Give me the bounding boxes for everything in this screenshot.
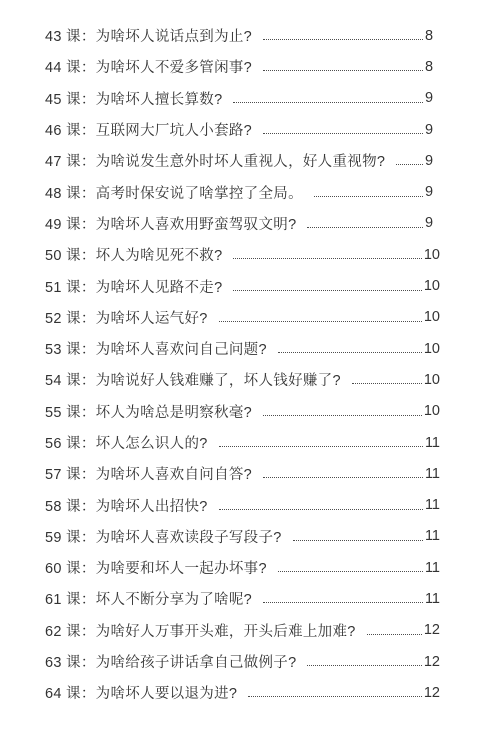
page-number: 8 [425, 28, 440, 44]
toc-entry[interactable]: 47 课： 为啥说发生意外时坏人重视人，好人重视物? 9 [45, 145, 440, 176]
dot-leader [233, 102, 423, 103]
dot-leader [263, 70, 423, 71]
lesson-title: 为啥坏人喜欢用野蛮驾驭文明? [96, 213, 297, 234]
page-number: 10 [424, 372, 440, 388]
toc-entry[interactable]: 43 课： 为啥坏人说话点到为止? 8 [45, 20, 440, 51]
dot-leader [219, 321, 422, 322]
toc-entry[interactable]: 51 课： 为啥坏人见路不走? 10 [45, 270, 440, 301]
dot-leader [278, 352, 422, 353]
toc-entry[interactable]: 63 课： 为啥给孩子讲话拿自己做例子? 12 [45, 646, 440, 677]
page-number: 11 [425, 466, 440, 482]
toc-entry[interactable]: 45 课： 为啥坏人擅长算数? 9 [45, 83, 440, 114]
lesson-number: 55 课： [45, 401, 96, 422]
lesson-number: 44 课： [45, 56, 96, 77]
lesson-title: 为啥坏人喜欢问自己问题? [96, 338, 267, 359]
lesson-title: 为啥坏人见路不走? [96, 276, 223, 297]
dot-leader [263, 39, 423, 40]
lesson-number: 60 课： [45, 557, 96, 578]
dot-leader [307, 227, 423, 228]
toc-entry[interactable]: 50 课： 坏人为啥见死不救? 10 [45, 239, 440, 270]
toc-entry[interactable]: 59 课： 为啥坏人喜欢读段子写段子? 11 [45, 521, 440, 552]
toc-entry[interactable]: 55 课： 坏人为啥总是明察秋毫? 10 [45, 396, 440, 427]
dot-leader [278, 571, 423, 572]
toc-entry[interactable]: 49 课： 为啥坏人喜欢用野蛮驾驭文明? 9 [45, 208, 440, 239]
dot-leader [352, 383, 422, 384]
lesson-number: 43 课： [45, 25, 96, 46]
lesson-title: 为啥说好人钱难赚了，坏人钱好赚了? [96, 369, 341, 390]
page-number: 11 [425, 528, 440, 544]
toc-entry[interactable]: 53 课： 为啥坏人喜欢问自己问题? 10 [45, 333, 440, 364]
toc-entry[interactable]: 57 课： 为啥坏人喜欢自问自答? 11 [45, 458, 440, 489]
lesson-number: 57 课： [45, 463, 96, 484]
lesson-title: 为啥要和坏人一起办坏事? [96, 557, 267, 578]
page-number: 10 [424, 403, 440, 419]
dot-leader [263, 477, 423, 478]
lesson-title: 为啥坏人说话点到为止? [96, 25, 252, 46]
page-number: 11 [425, 591, 440, 607]
toc-entry[interactable]: 56 课： 坏人怎么识人的? 11 [45, 427, 440, 458]
lesson-title: 坏人不断分享为了啥呢? [96, 588, 252, 609]
lesson-title: 为啥坏人运气好? [96, 307, 208, 328]
lesson-title: 坏人怎么识人的? [96, 432, 208, 453]
lesson-title: 坏人为啥总是明察秋毫? [96, 401, 252, 422]
toc-entry[interactable]: 62 课： 为啥好人万事开头难，开头后难上加难? 12 [45, 615, 440, 646]
lesson-title: 为啥坏人要以退为进? [96, 682, 238, 703]
page-number: 10 [424, 247, 440, 263]
lesson-title: 为啥好人万事开头难，开头后难上加难? [96, 620, 356, 641]
lesson-number: 58 课： [45, 495, 96, 516]
page-number: 9 [425, 153, 440, 169]
dot-leader [263, 415, 422, 416]
lesson-number: 52 课： [45, 307, 96, 328]
dot-leader [233, 258, 421, 259]
dot-leader [314, 196, 423, 197]
dot-leader [248, 696, 422, 697]
lesson-title: 高考时保安说了啥掌控了全局。 [96, 182, 303, 203]
lesson-title: 为啥坏人不爱多管闲事? [96, 56, 252, 77]
lesson-title: 为啥给孩子讲话拿自己做例子? [96, 651, 297, 672]
toc-entry[interactable]: 48 课： 高考时保安说了啥掌控了全局。 9 [45, 176, 440, 207]
lesson-number: 59 课： [45, 526, 96, 547]
toc-entry[interactable]: 60 课： 为啥要和坏人一起办坏事? 11 [45, 552, 440, 583]
dot-leader [263, 602, 423, 603]
page-number: 11 [425, 435, 440, 451]
lesson-title: 为啥坏人喜欢读段子写段子? [96, 526, 282, 547]
lesson-title: 为啥坏人喜欢自问自答? [96, 463, 252, 484]
lesson-number: 61 课： [45, 588, 96, 609]
toc-entry[interactable]: 64 课： 为啥坏人要以退为进? 12 [45, 677, 440, 708]
lesson-number: 53 课： [45, 338, 96, 359]
page-number: 9 [425, 215, 440, 231]
lesson-number: 49 课： [45, 213, 96, 234]
lesson-number: 54 课： [45, 369, 96, 390]
page-number: 11 [425, 497, 440, 513]
lesson-number: 47 课： [45, 150, 96, 171]
lesson-number: 51 课： [45, 276, 96, 297]
page-number: 10 [424, 341, 440, 357]
page-number: 9 [425, 184, 440, 200]
lesson-number: 63 课： [45, 651, 96, 672]
lesson-number: 62 课： [45, 620, 96, 641]
lesson-title: 为啥说发生意外时坏人重视人，好人重视物? [96, 150, 386, 171]
document-page: 43 课： 为啥坏人说话点到为止? 8 44 课： 为啥坏人不爱多管闲事? 8 … [0, 0, 502, 738]
dot-leader [233, 290, 421, 291]
page-number: 8 [425, 59, 440, 75]
dot-leader [293, 540, 423, 541]
dot-leader [219, 509, 423, 510]
lesson-number: 45 课： [45, 88, 96, 109]
lesson-number: 50 课： [45, 244, 96, 265]
page-number: 12 [424, 654, 440, 670]
page-number: 9 [425, 122, 440, 138]
lesson-number: 48 课： [45, 182, 96, 203]
dot-leader [367, 634, 422, 635]
toc-entry[interactable]: 54 课： 为啥说好人钱难赚了，坏人钱好赚了? 10 [45, 364, 440, 395]
toc-entry[interactable]: 61 课： 坏人不断分享为了啥呢? 11 [45, 583, 440, 614]
toc-list: 43 课： 为啥坏人说话点到为止? 8 44 课： 为啥坏人不爱多管闲事? 8 … [0, 0, 502, 709]
page-number: 10 [424, 278, 440, 294]
lesson-title: 坏人为啥见死不救? [96, 244, 223, 265]
toc-entry[interactable]: 58 课： 为啥坏人出招快? 11 [45, 489, 440, 520]
lesson-title: 互联网大厂坑人小套路? [96, 119, 252, 140]
lesson-number: 46 课： [45, 119, 96, 140]
dot-leader [219, 446, 423, 447]
dot-leader [307, 665, 421, 666]
page-number: 11 [425, 560, 440, 576]
toc-entry[interactable]: 46 课： 互联网大厂坑人小套路? 9 [45, 114, 440, 145]
lesson-number: 56 课： [45, 432, 96, 453]
page-number: 10 [424, 309, 440, 325]
toc-entry[interactable]: 52 课： 为啥坏人运气好? 10 [45, 302, 440, 333]
page-number: 12 [424, 685, 440, 701]
dot-leader [396, 164, 423, 165]
dot-leader [263, 133, 423, 134]
lesson-number: 64 课： [45, 682, 96, 703]
lesson-title: 为啥坏人擅长算数? [96, 88, 223, 109]
page-number: 12 [424, 622, 440, 638]
page-number: 9 [425, 90, 440, 106]
toc-entry[interactable]: 44 课： 为啥坏人不爱多管闲事? 8 [45, 51, 440, 82]
lesson-title: 为啥坏人出招快? [96, 495, 208, 516]
